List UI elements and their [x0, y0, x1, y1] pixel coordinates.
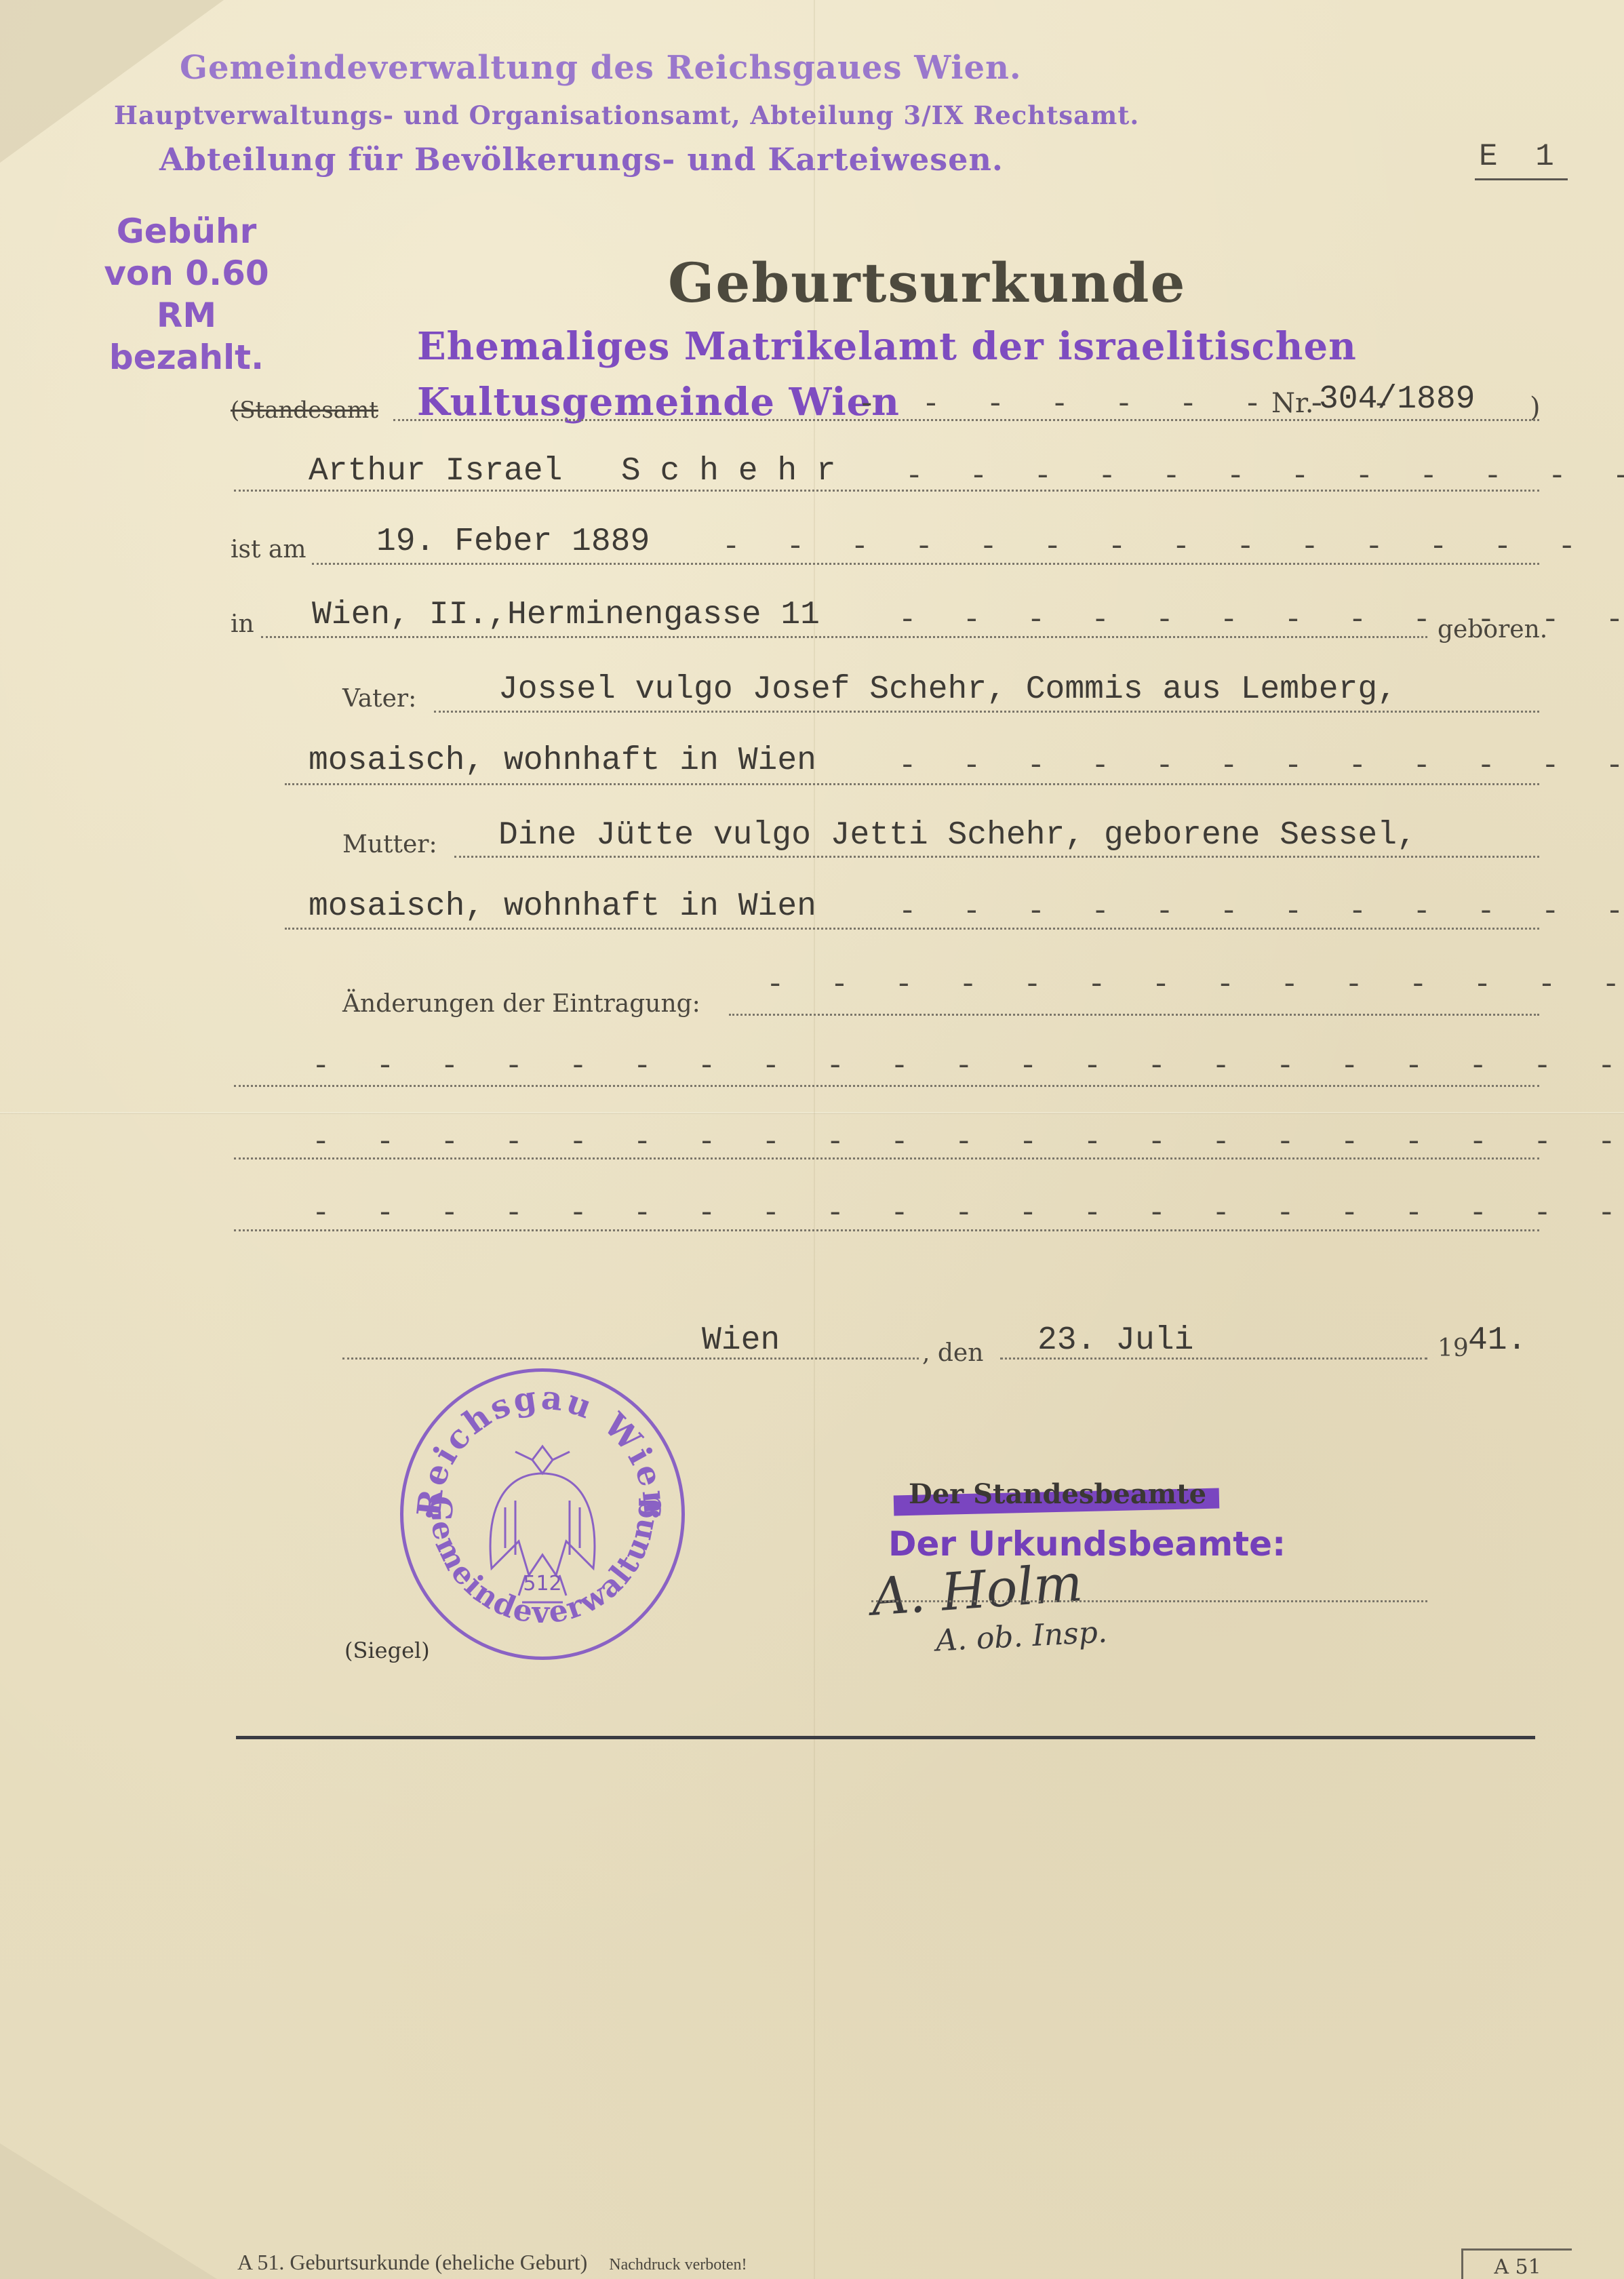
- dash-fill-changes1: - - - - - - - - - - - - - - - - - -: [766, 968, 1624, 1002]
- reprint-notice: Nachdruck verboten!: [609, 2256, 747, 2274]
- dotted-line-changes2: [234, 1085, 1539, 1087]
- mother-line2: mosaisch, wohnhaft in Wien: [309, 888, 816, 925]
- header-authority-line: Gemeindeverwaltung des Reichsgaues Wien.: [180, 49, 1022, 87]
- child-name: Arthur Israel S c h e h r: [309, 453, 836, 490]
- dotted-line-place: [261, 636, 1427, 638]
- seal-eagle-icon: Reichsgau Wien Gemeindeverwaltung: [403, 1372, 681, 1657]
- dotted-line-date: [312, 563, 1539, 565]
- svg-text:Gemeindeverwaltung: Gemeindeverwaltung: [423, 1496, 662, 1630]
- office-stamp-line2: Kultusgemeinde Wien: [417, 380, 900, 424]
- form-number-box: A 51: [1461, 2248, 1572, 2279]
- struck-registrar-title: Der Standesbeamte: [909, 1478, 1206, 1510]
- paper-crease-horizontal: [0, 1112, 1624, 1114]
- paper-fold-corner-bottom-left: [0, 2143, 217, 2279]
- form-code: E 1: [1475, 139, 1568, 180]
- dash-fill-changes4: - - - - - - - - - - - - - - - - - - - - …: [312, 1197, 1624, 1231]
- father-line1: Jossel vulgo Josef Schehr, Commis aus Le…: [498, 671, 1397, 708]
- dotted-line-father1: [434, 711, 1539, 713]
- father-line2: mosaisch, wohnhaft in Wien: [309, 742, 816, 779]
- register-number-value: 304/1889: [1319, 381, 1475, 418]
- dotted-line-father2: [285, 783, 1539, 785]
- fee-stamp-line2: von 0.60 RM: [88, 252, 285, 336]
- office-stamp-line1: Ehemaliges Matrikelamt der israelitische…: [417, 324, 1357, 369]
- dash-fill-changes3: - - - - - - - - - - - - - - - - - - - - …: [312, 1126, 1624, 1160]
- document-title: Geburtsurkunde: [668, 251, 1186, 315]
- fee-stamp-line3: bezahlt.: [88, 336, 285, 378]
- dotted-line-issue-place: [342, 1358, 919, 1360]
- birth-place-value: Wien, II.,Herminengasse 11: [312, 597, 820, 633]
- form-footer-text: A 51. Geburtsurkunde (eheliche Geburt): [237, 2250, 587, 2274]
- form-footer: A 51. Geburtsurkunde (eheliche Geburt) N…: [237, 2250, 747, 2275]
- seal-number: 512: [403, 1572, 681, 1596]
- certifying-official-title: Der Urkundsbeamte:: [888, 1524, 1286, 1564]
- dash-fill-mother2: - - - - - - - - - - - - - - -: [898, 895, 1624, 929]
- header-department-line: Hauptverwaltungs- und Organisationsamt, …: [114, 100, 1139, 130]
- birth-place-label: in: [231, 610, 254, 638]
- dash-fill-father2: - - - - - - - - - - - - - - -: [898, 749, 1624, 783]
- mother-label: Mutter:: [342, 831, 437, 858]
- seal-caption: (Siegel): [344, 1638, 430, 1663]
- mother-line1: Dine Jütte vulgo Jetti Schehr, geborene …: [498, 817, 1417, 854]
- born-suffix: geboren.: [1438, 616, 1547, 643]
- dotted-line-mother1: [454, 856, 1539, 858]
- fee-stamp: Gebühr von 0.60 RM bezahlt.: [88, 210, 285, 378]
- father-label: Vater:: [342, 685, 416, 713]
- official-seal: Reichsgau Wien Gemeindeverwaltung 512: [400, 1368, 685, 1660]
- dotted-line-issue-date: [1000, 1358, 1427, 1360]
- birth-date-value: 19. Feber 1889: [376, 523, 650, 560]
- official-rank: A. ob. Insp.: [935, 1614, 1108, 1658]
- changes-label: Änderungen der Eintragung:: [342, 990, 700, 1018]
- register-number-label: Nr.: [1271, 388, 1313, 419]
- horizontal-rule: [236, 1736, 1535, 1739]
- issue-den-label: , den: [922, 1339, 983, 1367]
- header-division-line: Abteilung für Bevölkerungs- und Karteiwe…: [159, 141, 1004, 178]
- issue-year-suffix: 41.: [1468, 1322, 1526, 1359]
- dotted-line-office: [393, 419, 1539, 421]
- fee-stamp-line1: Gebühr: [88, 210, 285, 252]
- birth-date-label: ist am: [231, 536, 306, 563]
- dash-fill-date: - - - - - - - - - - - - - - - - - -: [722, 530, 1624, 564]
- dotted-line-changes1: [729, 1014, 1539, 1016]
- issue-year-prefix: 19: [1438, 1334, 1469, 1362]
- issue-date: 23. Juli: [1037, 1322, 1193, 1359]
- dotted-line-mother2: [285, 928, 1539, 930]
- dotted-line-changes3: [234, 1157, 1539, 1160]
- dotted-line-changes4: [234, 1229, 1539, 1231]
- issue-place: Wien: [702, 1322, 780, 1359]
- dotted-line-name: [234, 490, 1539, 492]
- dash-fill-changes2: - - - - - - - - - - - - - - - - - - - - …: [312, 1050, 1624, 1084]
- struck-standesamt-label: (Standesamt: [231, 397, 378, 424]
- dash-fill-name: - - - - - - - - - - - - - -: [905, 460, 1624, 494]
- dotted-line-signature: [871, 1600, 1427, 1602]
